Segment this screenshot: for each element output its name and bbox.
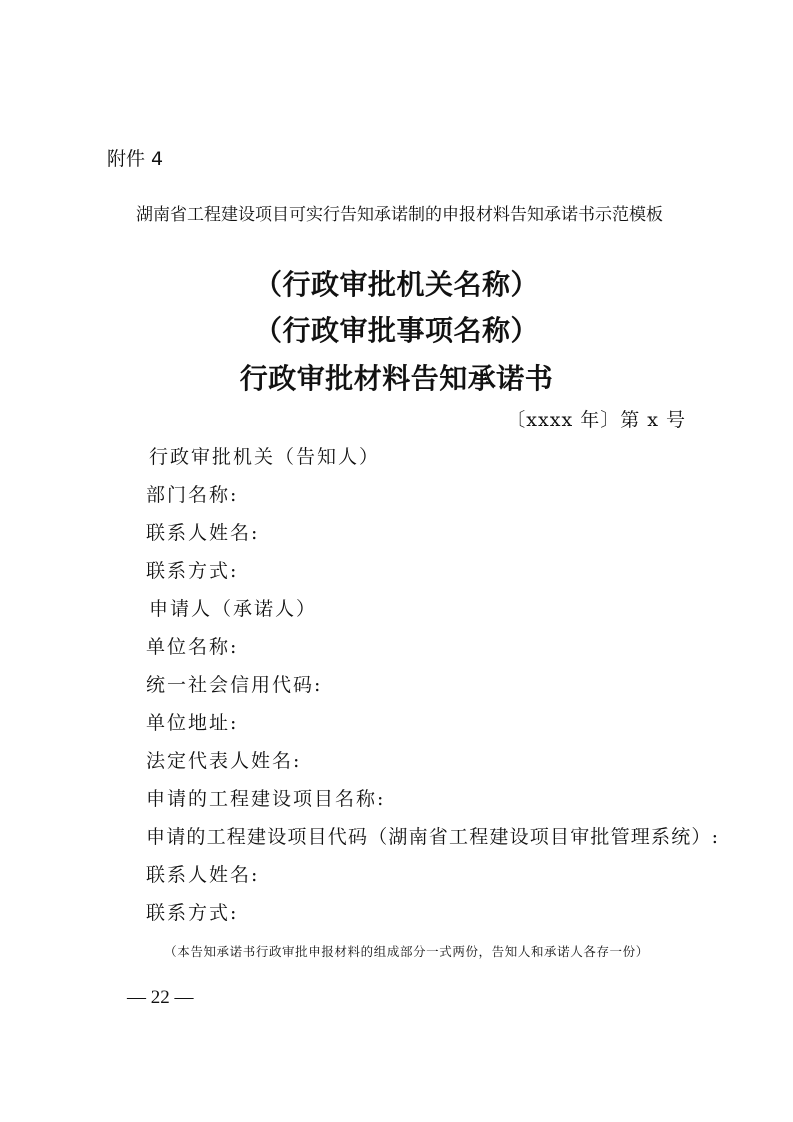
field-notifier-contact-method: 联系方式:: [146, 558, 238, 584]
document-subtitle: 湖南省工程建设项目可实行告知承诺制的申报材料告知承诺书示范模板: [0, 203, 793, 227]
field-unit-name: 单位名称:: [146, 634, 238, 660]
footnote: （本告知承诺书行政审批申报材料的组成部分一式两份，告知人和承诺人各存一份）: [0, 943, 793, 961]
attachment-label: 附件 4: [107, 146, 163, 172]
field-project-name: 申请的工程建设项目名称:: [146, 786, 385, 812]
title-commitment-letter: 行政审批材料告知承诺书: [0, 361, 793, 397]
field-legal-representative: 法定代表人姓名:: [146, 748, 301, 774]
field-applicant-contact-method: 联系方式:: [146, 900, 238, 926]
field-credit-code: 统一社会信用代码:: [146, 672, 322, 698]
field-unit-address: 单位地址:: [146, 710, 238, 736]
field-notifier-contact-name: 联系人姓名:: [146, 520, 259, 546]
title-authority-name: （行政审批机关名称）: [0, 267, 793, 303]
field-department-name: 部门名称:: [146, 482, 238, 508]
field-project-code: 申请的工程建设项目代码（湖南省工程建设项目审批管理系统）:: [146, 824, 719, 850]
document-number: 〔xxxx 年〕第 x 号: [506, 407, 686, 433]
title-item-name: （行政审批事项名称）: [0, 313, 793, 349]
notifier-section-heading: 行政审批机关（告知人）: [149, 444, 380, 470]
page-number: — 22 —: [127, 985, 194, 1011]
field-applicant-contact-name: 联系人姓名:: [146, 862, 259, 888]
applicant-section-heading: 申请人（承诺人）: [149, 596, 317, 622]
